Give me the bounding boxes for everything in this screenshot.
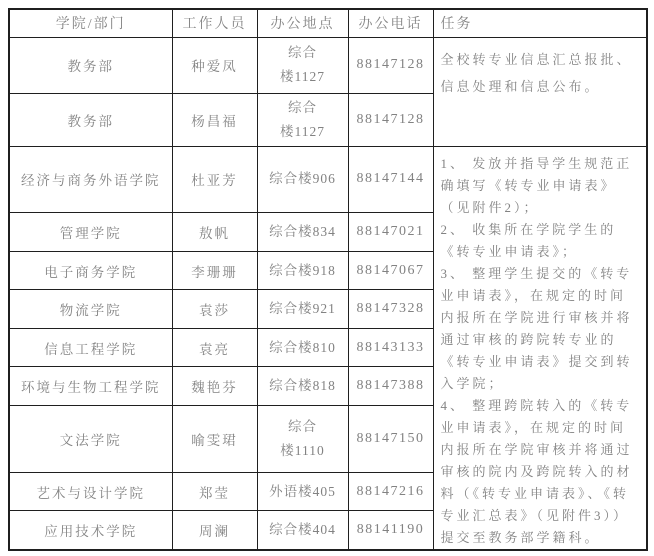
cell-phone: 88147388 [348,367,433,406]
cell-staff: 喻雯珺 [172,405,257,472]
cell-task-registrar: 全校转专业信息汇总报批、信息处理和信息公布。 [433,37,647,146]
cell-dept: 管理学院 [9,213,172,252]
cell-office: 综合楼906 [257,146,348,213]
cell-phone: 88143133 [348,328,433,367]
header-row: 学院/部门 工作人员 办公地点 办公电话 任务 [9,9,647,37]
cell-task-colleges: 1、 发放并指导学生规范正确填写《转专业申请表》（见附件2）； 2、 收集所在学… [433,146,647,550]
col-header-phone: 办公电话 [348,9,433,37]
table-row: 经济与商务外语学院 杜亚芳 综合楼906 88147144 1、 发放并指导学生… [9,146,647,213]
cell-dept: 电子商务学院 [9,251,172,290]
col-header-staff: 工作人员 [172,9,257,37]
cell-dept: 教务部 [9,37,172,93]
cell-staff: 袁莎 [172,290,257,329]
task-item: 1、 发放并指导学生规范正确填写《转专业申请表》（见附件2）； [441,153,641,219]
cell-office: 综合 楼1127 [257,93,348,146]
table-row: 教务部 种爱凤 综合 楼1127 88147128 全校转专业信息汇总报批、信息… [9,37,647,93]
cell-office: 综合楼404 [257,511,348,550]
col-header-office: 办公地点 [257,9,348,37]
cell-office: 综合楼818 [257,367,348,406]
cell-office: 综合楼918 [257,251,348,290]
cell-phone: 88147128 [348,37,433,93]
cell-dept: 教务部 [9,93,172,146]
cell-staff: 魏艳芬 [172,367,257,406]
col-header-task: 任务 [433,9,647,37]
transfer-major-duty-table: 学院/部门 工作人员 办公地点 办公电话 任务 教务部 种爱凤 综合 楼1127… [8,8,648,551]
cell-office: 综合楼921 [257,290,348,329]
cell-phone: 88147144 [348,146,433,213]
cell-dept: 艺术与设计学院 [9,472,172,511]
cell-staff: 袁亮 [172,328,257,367]
cell-dept: 环境与生物工程学院 [9,367,172,406]
cell-phone: 88147328 [348,290,433,329]
task-item: 4、 整理跨院转入的《转专业申请表》，在规定的时间内报所在学院审核并将通过审核的… [441,395,641,549]
cell-office: 外语楼405 [257,472,348,511]
document-page: 学院/部门 工作人员 办公地点 办公电话 任务 教务部 种爱凤 综合 楼1127… [0,0,654,556]
cell-phone: 88147067 [348,251,433,290]
task-item: 3、 整理学生提交的《转专业申请表》，在规定的时间内报所在学院进行审核并将通过审… [441,263,641,395]
cell-staff: 种爱凤 [172,37,257,93]
cell-staff: 李珊珊 [172,251,257,290]
cell-staff: 周澜 [172,511,257,550]
cell-phone: 88141190 [348,511,433,550]
cell-phone: 88147150 [348,405,433,472]
task-text: 全校转专业信息汇总报批、信息处理和信息公布。 [441,46,641,100]
col-header-dept: 学院/部门 [9,9,172,37]
cell-dept: 信息工程学院 [9,328,172,367]
cell-staff: 杨昌福 [172,93,257,146]
cell-staff: 敖帆 [172,213,257,252]
cell-office: 综合楼810 [257,328,348,367]
cell-staff: 杜亚芳 [172,146,257,213]
cell-dept: 物流学院 [9,290,172,329]
cell-office: 综合 楼1110 [257,405,348,472]
cell-office: 综合楼834 [257,213,348,252]
cell-staff: 郑莹 [172,472,257,511]
cell-office: 综合 楼1127 [257,37,348,93]
cell-phone: 88147128 [348,93,433,146]
cell-dept: 应用技术学院 [9,511,172,550]
cell-phone: 88147021 [348,213,433,252]
cell-dept: 经济与商务外语学院 [9,146,172,213]
task-item: 2、 收集所在学院学生的《转专业申请表》； [441,219,641,263]
cell-phone: 88147216 [348,472,433,511]
cell-dept: 文法学院 [9,405,172,472]
